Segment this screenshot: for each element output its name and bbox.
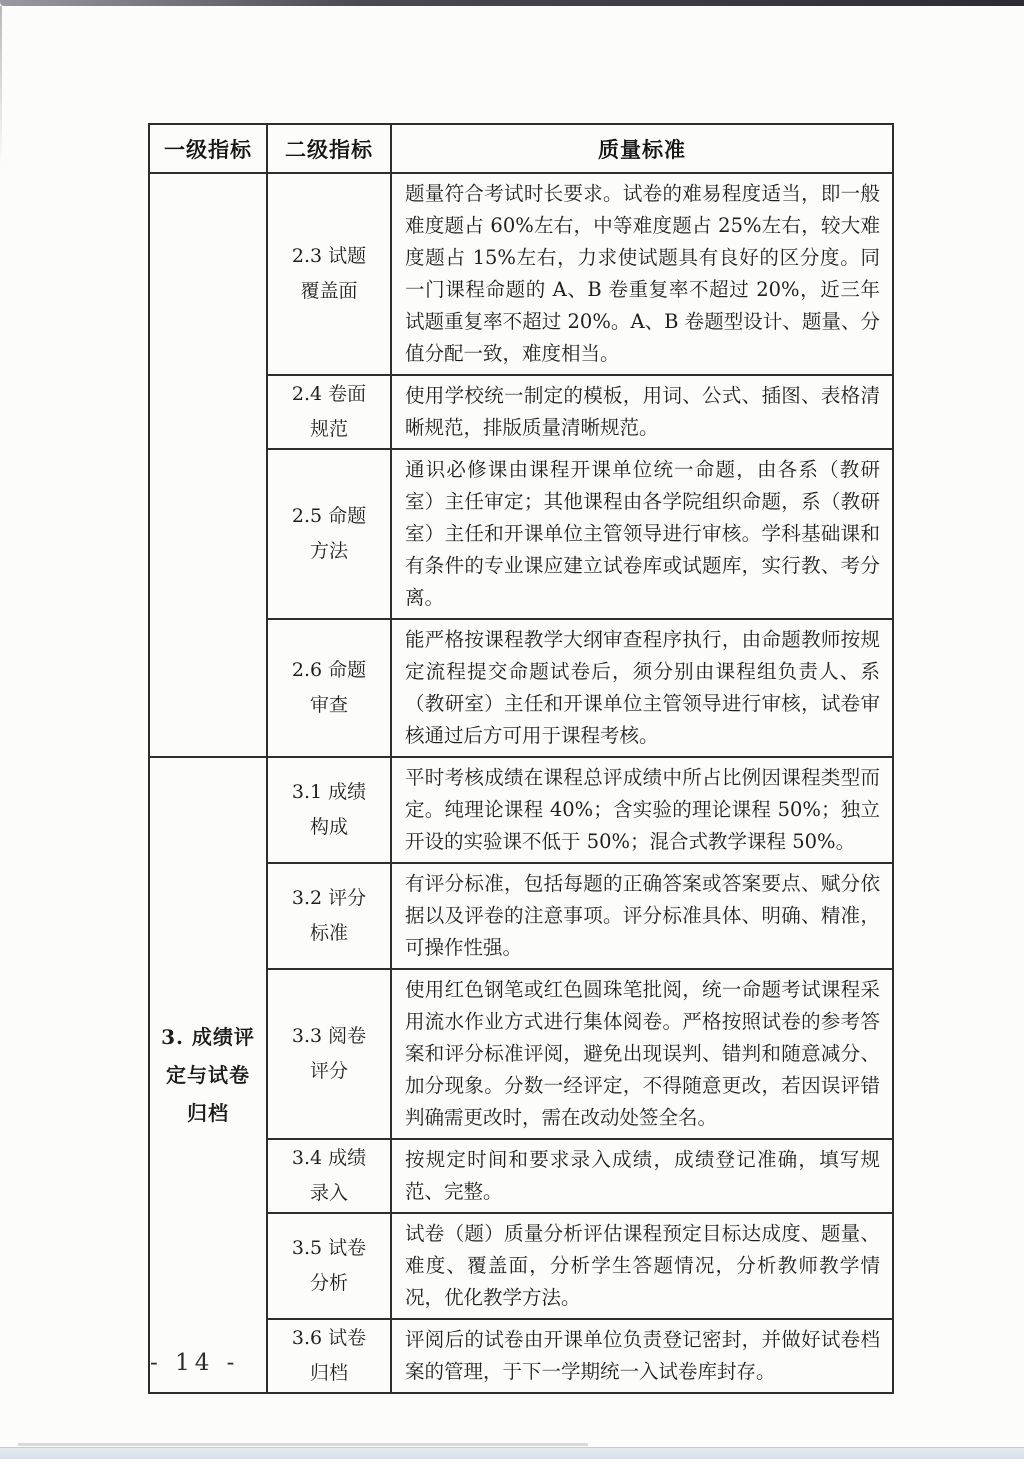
quality-standard-cell-2-5: 通识必修课由课程开课单位统一命题，由各系（教研室）主任审定；其他课程由各学院组织… [391, 449, 893, 619]
table-row: 3. 成绩评 定与试卷 归档 3.1 成绩 构成 平时考核成绩在课程总评成绩中所… [149, 757, 893, 863]
quality-standard-cell-2-6: 能严格按课程教学大纲审查程序执行，由命题教师按规定流程提交命题试卷后，须分别由课… [391, 619, 893, 757]
level2-cell-2-4: 2.4 卷面 规范 [267, 375, 391, 449]
header-cell-level1-indicator: 一级指标 [149, 124, 267, 173]
scan-artifact-smudge-line [18, 1443, 588, 1446]
scan-artifact-bottom-bar [0, 1447, 1024, 1459]
header-cell-quality-standard: 质量标准 [391, 124, 893, 173]
level2-cell-2-6: 2.6 命题 审查 [267, 619, 391, 757]
quality-standard-cell-3-5: 试卷（题）质量分析评估课程预定目标达成度、题量、难度、覆盖面，分析学生答题情况，… [391, 1213, 893, 1319]
quality-standard-cell-2-4: 使用学校统一制定的模板，用词、公式、插图、表格清晰规范，排版质量清晰规范。 [391, 375, 893, 449]
level1-cell-section3: 3. 成绩评 定与试卷 归档 [149, 757, 267, 1393]
level2-cell-3-1: 3.1 成绩 构成 [267, 757, 391, 863]
header-row: 一级指标 二级指标 质量标准 [149, 124, 893, 173]
level2-cell-3-4: 3.4 成绩 录入 [267, 1139, 391, 1213]
level2-cell-3-5: 3.5 试卷 分析 [267, 1213, 391, 1319]
document-page: 一级指标 二级指标 质量标准 2.3 试题 覆盖面 题量符合考试时长要求。试卷的… [0, 0, 1024, 1459]
quality-standard-cell-3-3: 使用红色钢笔或红色圆珠笔批阅，统一命题考试课程采用流水作业方式进行集体阅卷。严格… [391, 969, 893, 1139]
quality-standard-cell-3-1: 平时考核成绩在课程总评成绩中所占比例因课程类型而定。纯理论课程 40%；含实验的… [391, 757, 893, 863]
quality-standard-cell-3-2: 有评分标准，包括每题的正确答案或答案要点、赋分依据以及评卷的注意事项。评分标准具… [391, 863, 893, 969]
level2-cell-2-5: 2.5 命题 方法 [267, 449, 391, 619]
scan-artifact-top-bar [0, 0, 1024, 6]
quality-standard-cell-3-6: 评阅后的试卷由开课单位负责登记密封，并做好试卷档案的管理，于下一学期统一入试卷库… [391, 1319, 893, 1393]
quality-standards-table: 一级指标 二级指标 质量标准 2.3 试题 覆盖面 题量符合考试时长要求。试卷的… [148, 123, 894, 1394]
level2-cell-3-3: 3.3 阅卷 评分 [267, 969, 391, 1139]
level1-cell-section2-continued [149, 173, 267, 757]
header-cell-level2-indicator: 二级指标 [267, 124, 391, 173]
level2-cell-3-6: 3.6 试卷 归档 [267, 1319, 391, 1393]
quality-standard-cell-2-3: 题量符合考试时长要求。试卷的难易程度适当，即一般难度题占 60%左右，中等难度题… [391, 173, 893, 375]
quality-standard-cell-3-4: 按规定时间和要求录入成绩，成绩登记准确，填写规范、完整。 [391, 1139, 893, 1213]
table-row: 2.3 试题 覆盖面 题量符合考试时长要求。试卷的难易程度适当，即一般难度题占 … [149, 173, 893, 375]
page-number: - 14 - [150, 1350, 239, 1376]
level2-cell-2-3: 2.3 试题 覆盖面 [267, 173, 391, 375]
scan-artifact-left-edge [0, 6, 2, 166]
level2-cell-3-2: 3.2 评分 标准 [267, 863, 391, 969]
